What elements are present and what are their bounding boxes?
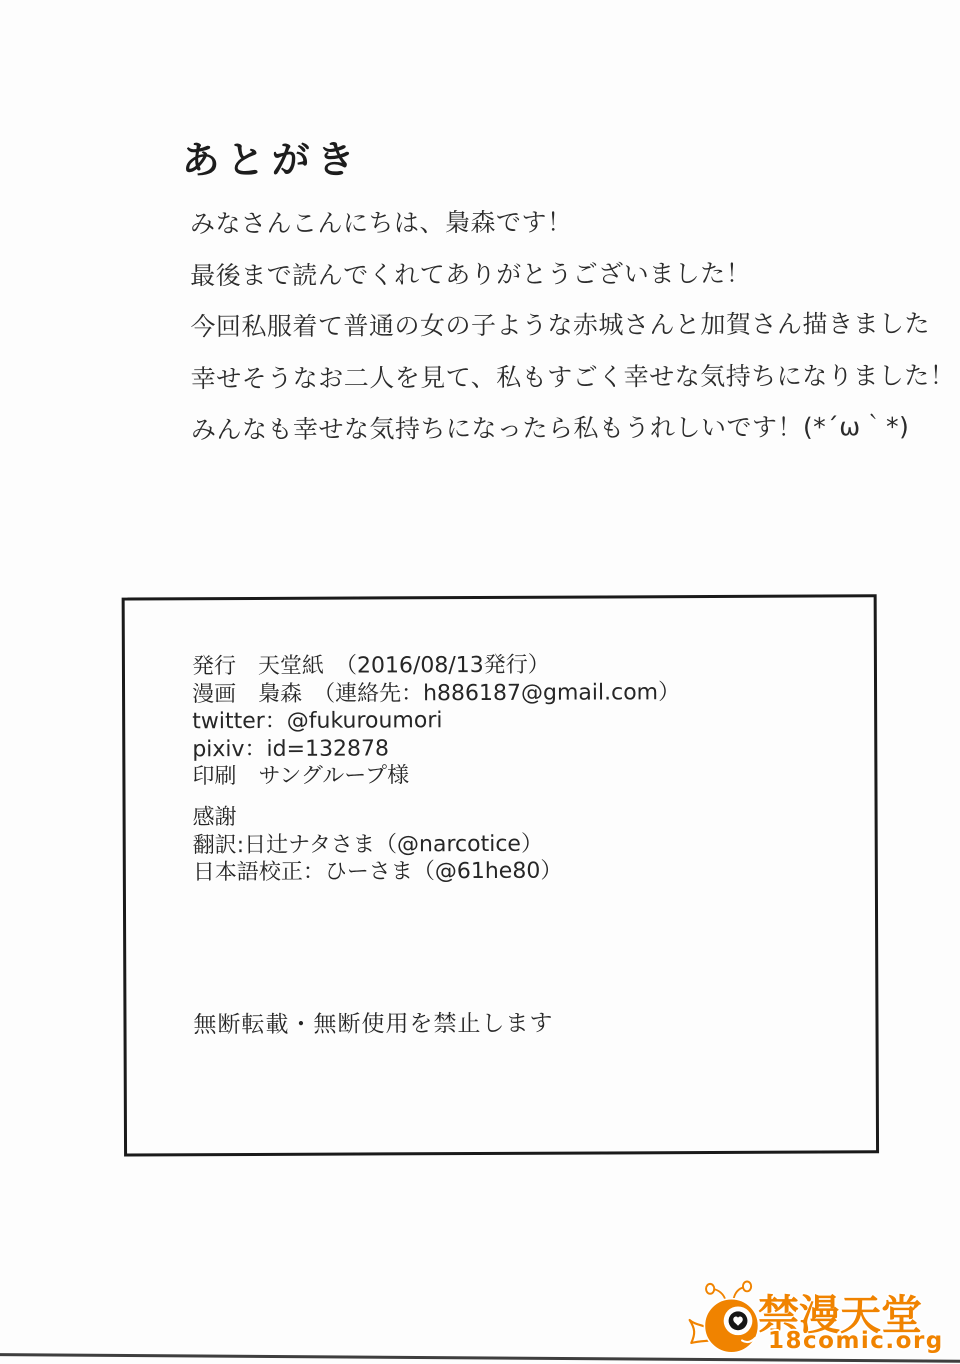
thanks-line: 日本語校正：ひーさま（@61he80） bbox=[193, 858, 563, 887]
afterword-line: 今回私服着て普通の女の子ような赤城さんと加賀さん描きました bbox=[190, 298, 910, 353]
scan-content: あとがき みなさんこんにちは、梟森です！ 最後まで読んでくれてありがとうございま… bbox=[0, 0, 960, 1364]
thanks-info: 感謝 翻訳:日辻ナタさま（@narcotice） 日本語校正：ひーさま（@61h… bbox=[193, 803, 563, 887]
scanned-afterword-page: あとがき みなさんこんにちは、梟森です！ 最後まで読んでくれてありがとうございま… bbox=[0, 0, 960, 1364]
publication-line: 発行 天堂紙 （2016/08/13発行） bbox=[192, 651, 680, 681]
afterword-text: みなさんこんにちは、梟森です！ 最後まで読んでくれてありがとうございました！ 今… bbox=[190, 195, 911, 456]
afterword-line: 最後まで読んでくれてありがとうございました！ bbox=[190, 247, 910, 302]
afterword-line: 幸せそうなお二人を見て、私もすごく幸せな気持ちになりました！ bbox=[191, 350, 911, 405]
publication-info: 発行 天堂紙 （2016/08/13発行） 漫画 梟森 （連絡先：h886187… bbox=[192, 651, 681, 791]
watermark-site-url: 18comic.org bbox=[768, 1328, 944, 1354]
publication-line-pixiv: pixiv：id=132878 bbox=[192, 734, 680, 764]
publication-line: 漫画 梟森 （連絡先：h886187@gmail.com） bbox=[192, 679, 680, 709]
page-title: あとがき bbox=[182, 129, 362, 185]
afterword-line: みんなも幸せな気持ちになったら私もうれしいです！(*´ω｀*) bbox=[191, 401, 911, 456]
afterword-line: みなさんこんにちは、梟森です！ bbox=[190, 195, 910, 250]
thanks-heading: 感謝 bbox=[193, 803, 563, 832]
watermark-logo: 禁漫天堂 18comic.org bbox=[688, 1278, 938, 1362]
reproduction-notice: 無断転載・無断使用を禁止します bbox=[193, 1005, 553, 1040]
publication-line-twitter: twitter：@fukuroumori bbox=[192, 706, 680, 736]
publication-line: 印刷 サングループ様 bbox=[192, 761, 680, 791]
thanks-line: 翻訳:日辻ナタさま（@narcotice） bbox=[193, 830, 563, 859]
